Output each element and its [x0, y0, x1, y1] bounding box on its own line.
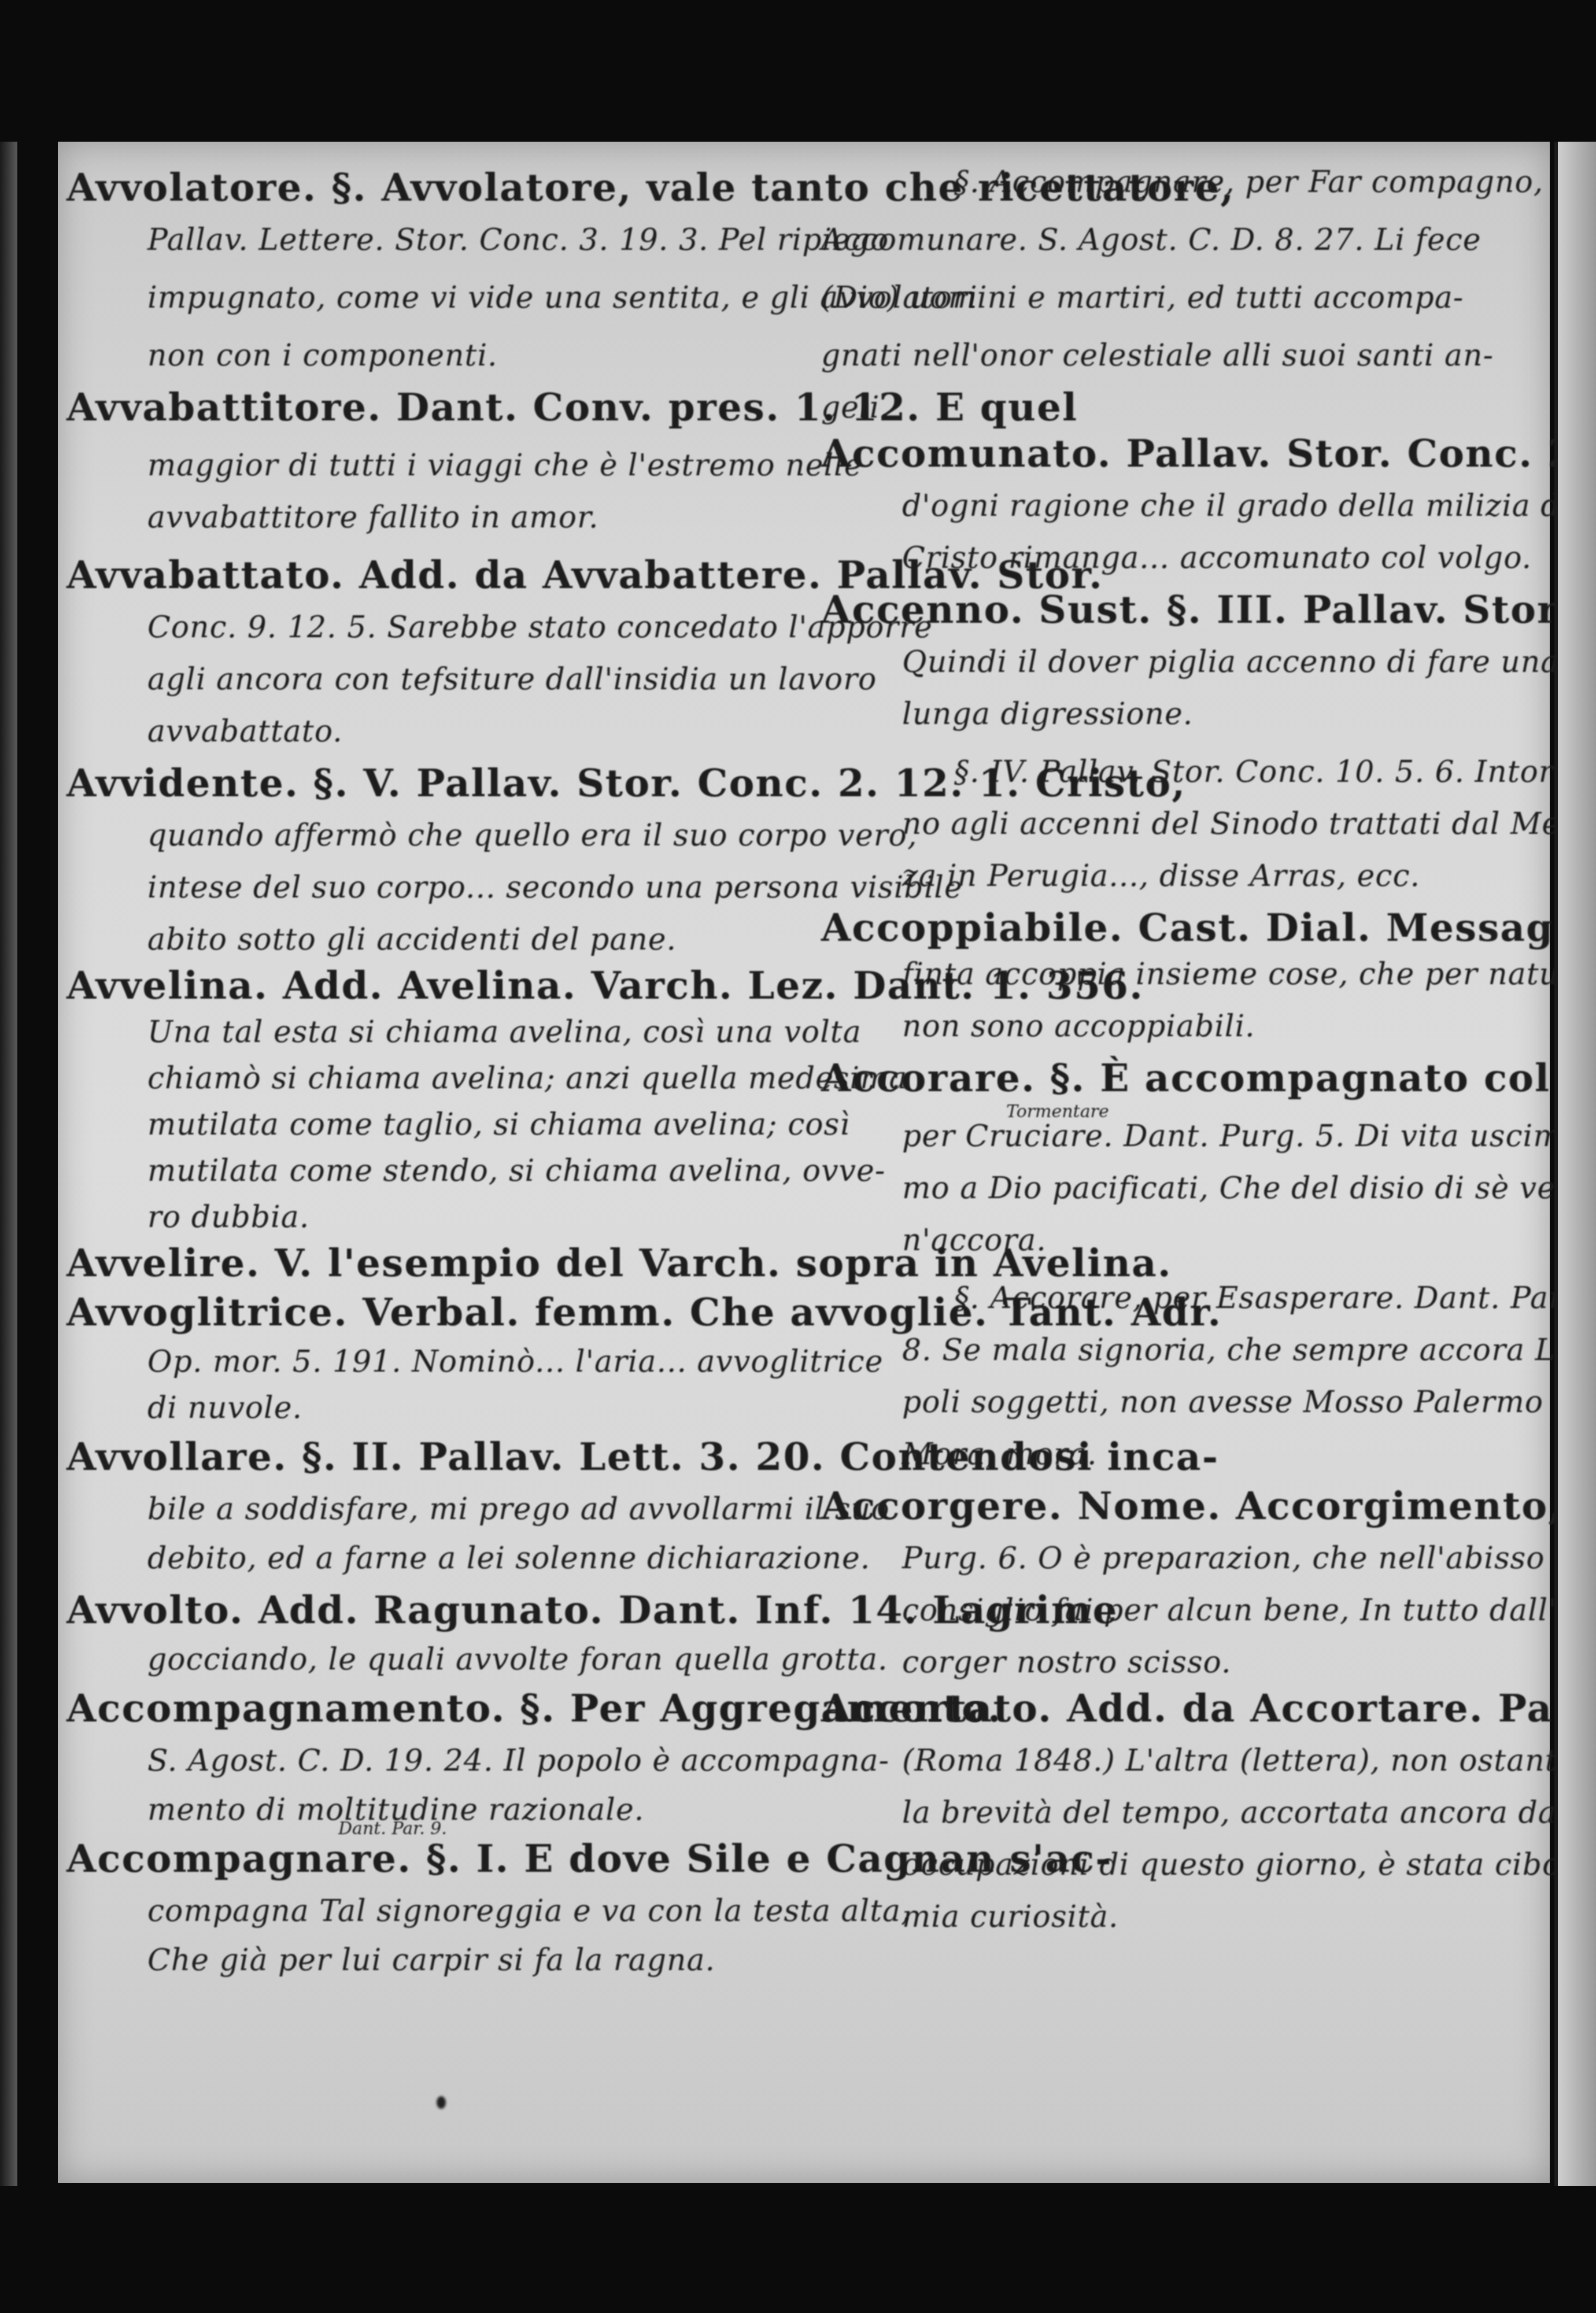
entry-line: Accenno. Sust. §. III. Pallav. Stor. Con…	[821, 587, 1596, 632]
entry-line: Avvabattitore. Dant. Conv. pres. 1. 12. …	[66, 385, 1078, 430]
entry-line: n'accora.	[821, 1223, 1047, 1258]
entry-line: gnati nell'onor celestiale alli suoi san…	[821, 338, 1494, 373]
entry-line: Quindi il dover piglia accenno di fare u…	[821, 645, 1559, 679]
entry-line: mutilata come taglio, si chiama avelina;…	[66, 1107, 850, 1142]
entry-line: §. IV. Pallav. Stor. Conc. 10. 5. 6. Int…	[821, 755, 1564, 789]
entry-line: S. Agost. C. D. 19. 24. Il popolo è acco…	[66, 1743, 889, 1778]
entry-line: compagna Tal signoreggia e va con la tes…	[66, 1894, 911, 1928]
entry-line: occupazioni di questo giorno, è stata ci…	[821, 1848, 1596, 1882]
entry-line: consiglio fai per alcun bene, In tutto d…	[821, 1593, 1596, 1628]
entry-line: no agli accenni del Sinodo trattati dal …	[821, 807, 1596, 841]
entry-line: chiamò si chiama avelina; anzi quella me…	[66, 1061, 907, 1096]
entry-line: Accortato. Add. da Accortare. Pallav. Le…	[821, 1686, 1596, 1731]
entry-line: mo a Dio pacificati, Che del disio di sè…	[821, 1171, 1596, 1206]
entry-line: avvabattitore fallito in amor.	[66, 500, 599, 535]
entry-line: Mora, mora.	[821, 1437, 1097, 1472]
entry-line: finta accoppia insieme cose, che per nat…	[821, 957, 1593, 992]
entry-line: (Roma 1848.) L'altra (lettera), non osta…	[821, 1743, 1576, 1778]
entry-line: Una tal esta si chiama avelina, così una…	[66, 1015, 862, 1050]
entry-line: Che già per lui carpir si fa la ragna.	[66, 1943, 715, 1978]
entry-line: §. Accorare, per Esasperare. Dant. Par.	[821, 1281, 1571, 1316]
entry-line: (Dio) uomini e martiri, ed tutti accompa…	[821, 280, 1464, 315]
entry-line: non con i componenti.	[66, 338, 498, 373]
entry-line: mutilata come stendo, si chiama avelina,…	[66, 1154, 885, 1188]
entry-line: za in Perugia..., disse Arras, ecc.	[821, 859, 1420, 893]
entry-line: la brevità del tempo, accortata ancora d…	[821, 1795, 1595, 1830]
next-page-sliver	[1558, 142, 1596, 2200]
ink-blot	[437, 2096, 446, 2109]
scanner-left-edge	[0, 142, 17, 2206]
entry-line: di nuvole.	[66, 1391, 302, 1425]
entry-line: Accomunato. Pallav. Stor. Conc. 2. 10. 8…	[821, 431, 1596, 476]
entry-line: per Cruciare. Dant. Purg. 5. Di vita usc…	[821, 1119, 1573, 1154]
entry-line: geli.	[821, 390, 890, 425]
entry-line: debito, ed a farne a lei solenne dichiar…	[66, 1541, 870, 1576]
entry-line: Accomunare. S. Agost. C. D. 8. 27. Li fe…	[821, 223, 1482, 257]
entry-line: §. Accompagnare, per Far compagno,	[821, 165, 1543, 199]
manuscript-page: Avvolatore. §. Avvolatore, vale tanto ch…	[58, 142, 1550, 2183]
entry-line: Purg. 6. O è preparazion, che nell'abiss…	[821, 1541, 1596, 1576]
entry-line: agli ancora con tefsiture dall'insidia u…	[66, 662, 877, 697]
entry-line: Conc. 9. 12. 5. Sarebbe stato concedato …	[66, 610, 933, 645]
entry-line: abito sotto gli accidenti del pane.	[66, 922, 677, 957]
scanner-bottom-shadow	[0, 2186, 1596, 2313]
entry-line: lunga digressione.	[821, 697, 1193, 731]
entry-line: bile a soddisfare, mi prego ad avvollarm…	[66, 1492, 889, 1527]
entry-line: d'ogni ragione che il grado della milizi…	[821, 489, 1571, 523]
entry-line: non sono accoppiabili.	[821, 1009, 1255, 1044]
entry-line: poli soggetti, non avesse Mosso Palermo …	[821, 1385, 1596, 1420]
entry-line: Pallav. Lettere. Stor. Conc. 3. 19. 3. P…	[66, 223, 889, 257]
entry-line: corger nostro scisso.	[821, 1645, 1232, 1680]
entry-line: Accorare. §. È accompagnato col secondo …	[821, 1055, 1596, 1100]
entry-line: 8. Se mala signoria, che sempre accora L…	[821, 1333, 1596, 1368]
entry-line: Op. mor. 5. 191. Nominò... l'aria... avv…	[66, 1344, 883, 1379]
entry-line: maggior di tutti i viaggi che è l'estrem…	[66, 448, 862, 483]
entry-line: Accoppiabile. Cast. Dial. Messag. 9. Mol…	[821, 905, 1596, 950]
entry-line: gocciando, le quali avvolte foran quella…	[66, 1642, 888, 1677]
entry-line: mia curiosità.	[821, 1900, 1119, 1934]
entry-line: Cristo rimanga... accomunato col volgo.	[821, 541, 1532, 575]
entry-line: quando affermò che quello era il suo cor…	[66, 818, 917, 853]
entry-line: avvabattato.	[66, 714, 343, 749]
entry-line: ro dubbia.	[66, 1200, 309, 1235]
entry-line: Accorgere. Nome. Accorgimento, Sapere. D…	[821, 1483, 1596, 1528]
